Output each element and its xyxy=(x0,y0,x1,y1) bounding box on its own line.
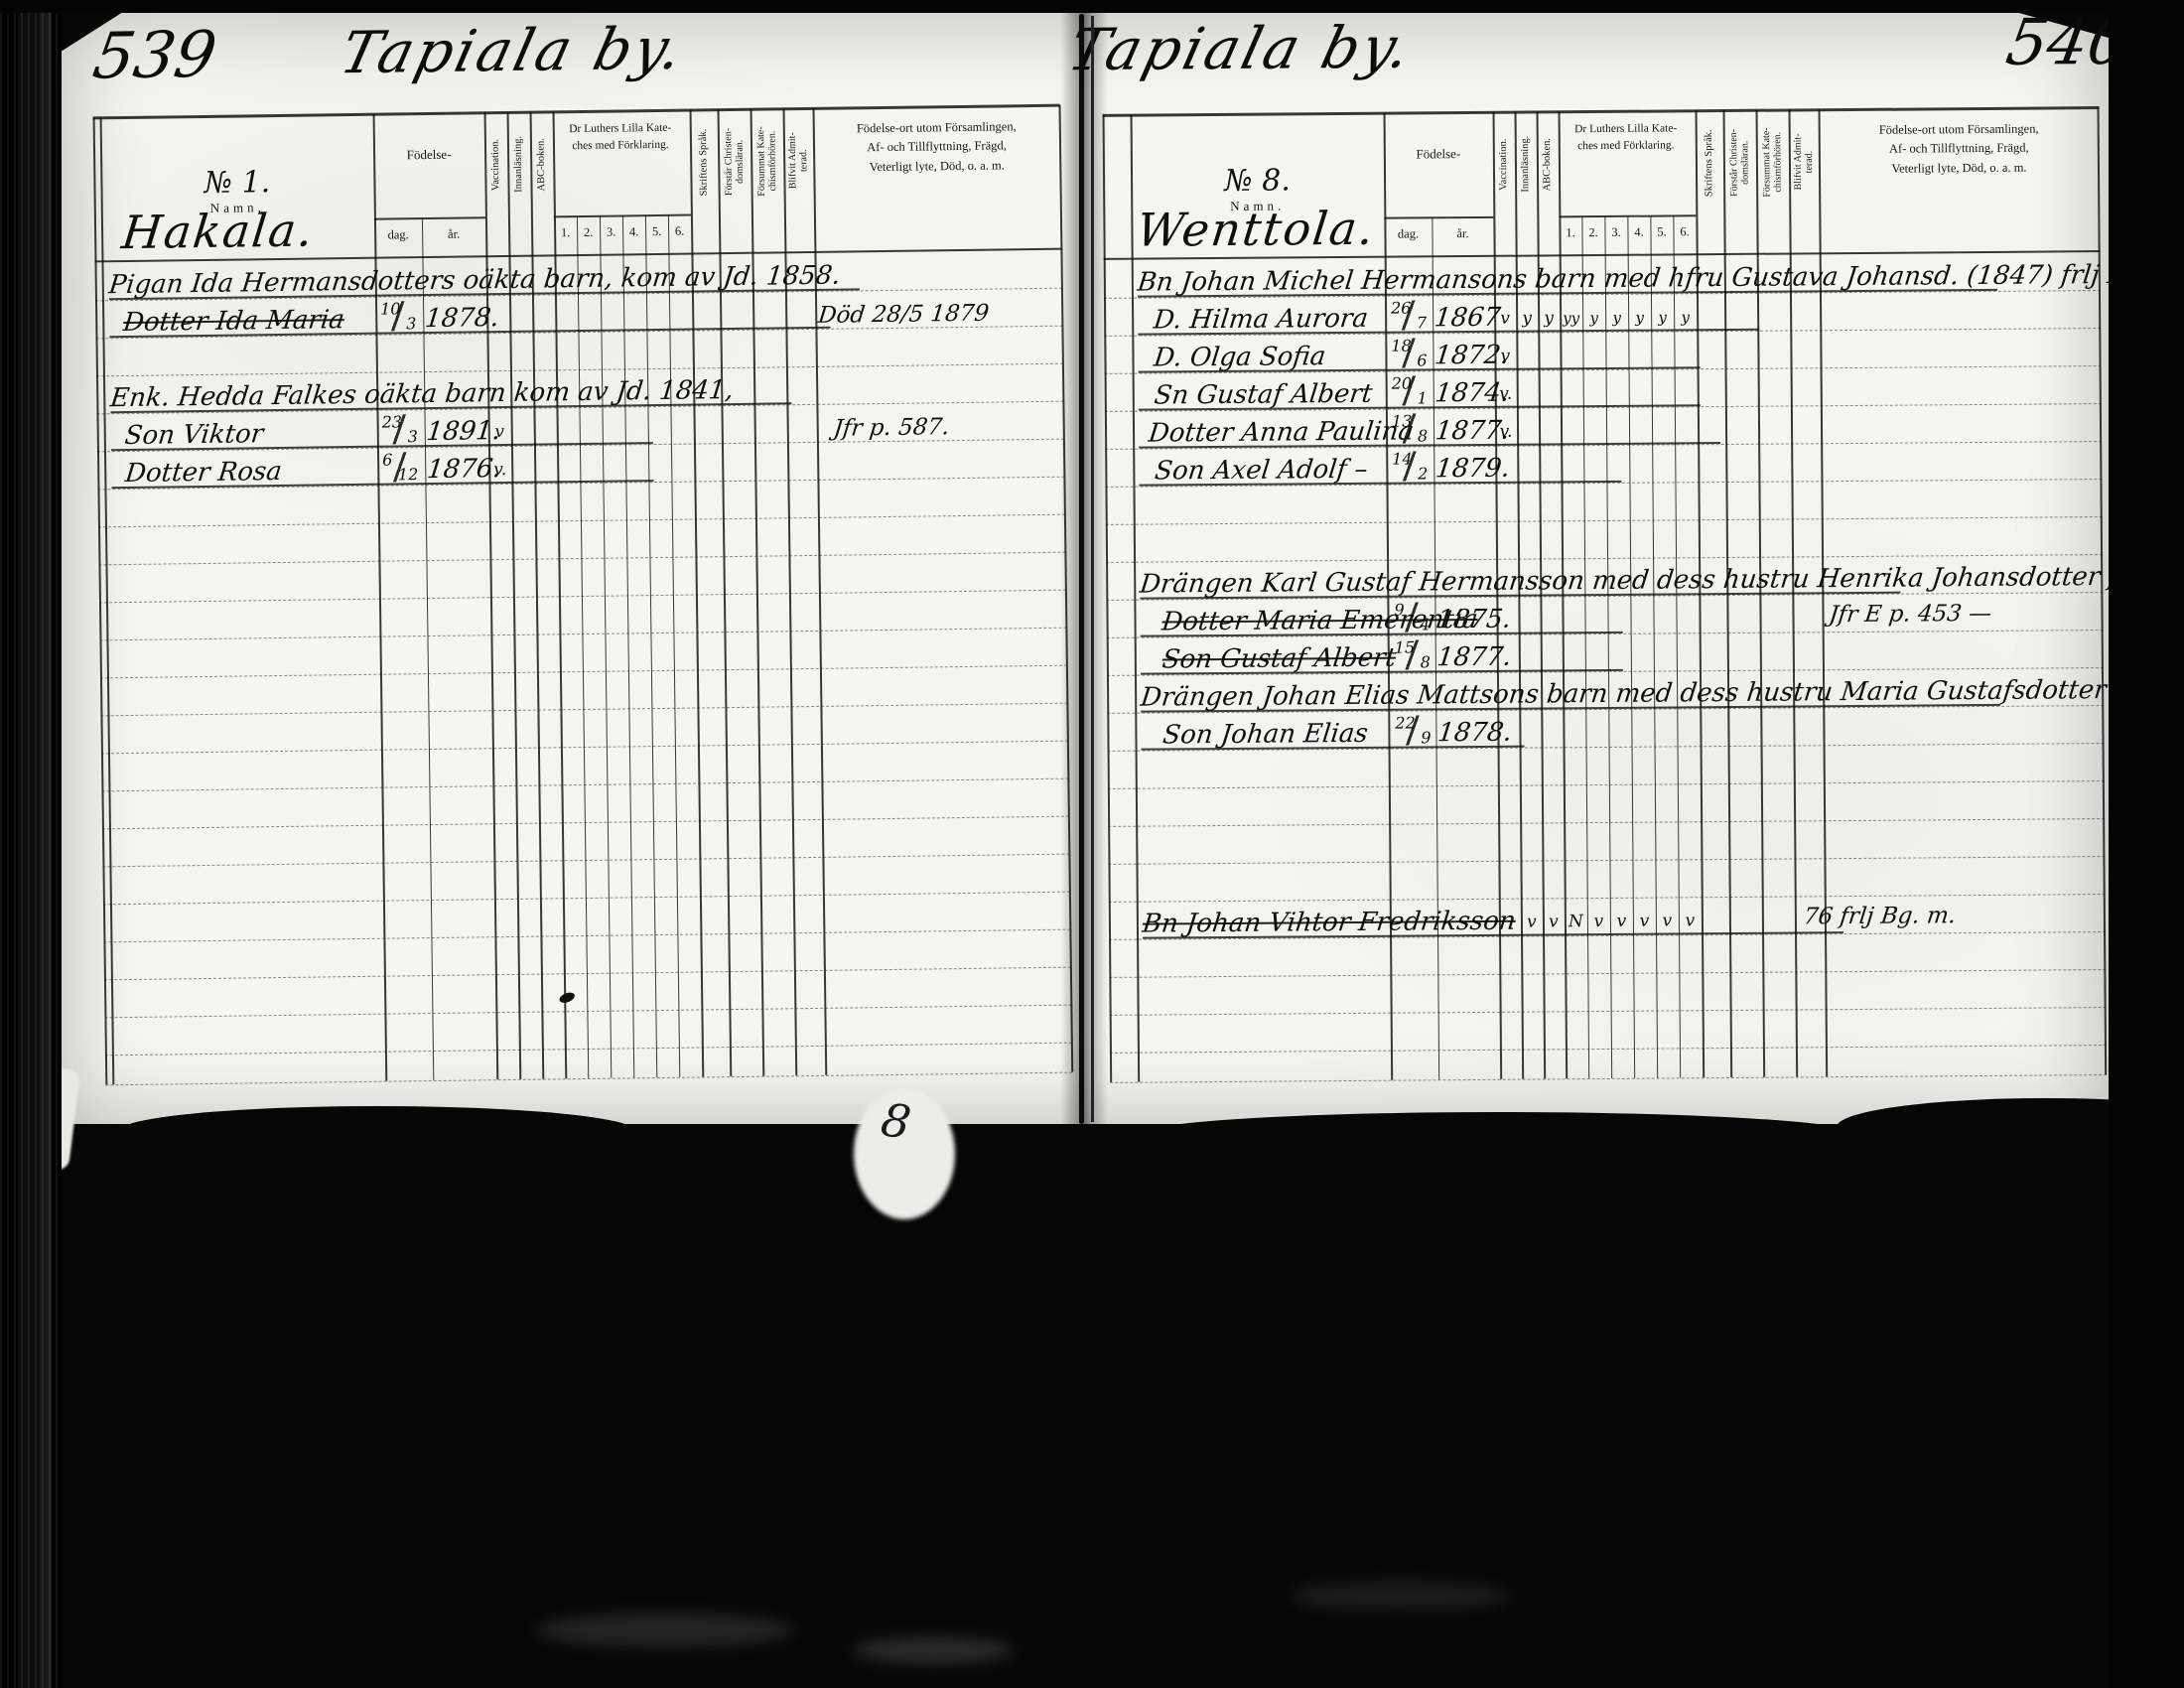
header-abc-text: ABC-boken. xyxy=(536,138,548,192)
left-page: 539 Tapiala by. № 1. Namn. Hakala. Födel… xyxy=(91,0,1077,1148)
row-rule xyxy=(1108,818,2105,827)
header-innanlasning: Innanläsning. xyxy=(1515,114,1538,215)
header-katekes-col-6: 6. xyxy=(1673,224,1696,239)
record-number-right: № 8. xyxy=(1131,163,1384,200)
grid-line xyxy=(600,216,613,1078)
fraction-numerator: 26 xyxy=(1388,300,1411,315)
vaccination-mark: v. xyxy=(1495,422,1517,442)
header-forstar-line1: Förstår Christen- xyxy=(723,128,735,196)
entry-name: Son Axel Adolf – xyxy=(1154,455,1370,487)
entry-birth-year: 1875. xyxy=(1435,605,1513,635)
header-katekes-col-5: 5. xyxy=(1650,224,1673,239)
header-forsummat-line2: chismförhören. xyxy=(1772,132,1783,193)
fraction-denominator: 8 xyxy=(1418,428,1431,443)
book-binding-line xyxy=(1091,16,1094,1122)
header-fodelse: Födelse- xyxy=(1384,146,1493,163)
scan-right-edge xyxy=(2109,0,2184,1688)
grid-line xyxy=(1627,216,1635,1078)
entry-birth-year: 1878. xyxy=(424,303,501,334)
entry-birth-year: 1877. xyxy=(1435,642,1513,673)
village-title-right: Tapiala by. xyxy=(1062,13,1421,83)
header-fodelseort-line1: Födelse-ort utom Församlingen, xyxy=(1819,119,2100,141)
fraction-denominator: 7 xyxy=(1417,315,1430,330)
header-katekes-line1: Dr Luthers Lilla Kate- xyxy=(1557,122,1696,135)
entry-birth-day: 138 xyxy=(1389,413,1431,443)
fraction-numerator: 10 xyxy=(377,301,401,316)
fraction-denominator: 3 xyxy=(406,316,419,331)
grid-line xyxy=(93,104,1060,119)
header-forstar-text: Förstår Christen-domsläran. xyxy=(723,128,746,196)
farm-name-right: Wenttola. xyxy=(1135,205,1378,254)
fraction-denominator: 4 xyxy=(1420,617,1433,632)
vaccination-mark: v xyxy=(488,422,511,442)
entry-birth-day: 233 xyxy=(379,414,421,445)
grid-line xyxy=(1604,216,1612,1078)
exam-mark: v xyxy=(1521,912,1543,931)
vaccination-mark: v. xyxy=(488,460,511,480)
header-innanlasning-text: Innanläsning. xyxy=(512,136,524,193)
row-rule xyxy=(1108,856,2105,865)
fraction-numerator: 14 xyxy=(1389,451,1412,466)
header-katekes-line2: ches med Förklaring. xyxy=(551,139,690,153)
header-skriftens-text: Skriftens Språk. xyxy=(1704,129,1715,197)
header-forstar-line2: domsläran. xyxy=(734,140,746,184)
header-dag: dag. xyxy=(1384,226,1432,241)
row-rule xyxy=(1110,1007,2107,1016)
header-blifvit-line1: Blifvit Admit- xyxy=(1793,134,1804,191)
header-katekes-col-2: 2. xyxy=(577,225,600,240)
header-forsummat-line2: chismförhören. xyxy=(766,131,778,192)
fraction-denominator: 6 xyxy=(1417,352,1430,367)
book-binding-shadow xyxy=(1060,12,1108,1128)
fraction-numerator: 22 xyxy=(1392,715,1415,730)
header-katekes-col-3: 3. xyxy=(600,224,622,239)
header-katekes-col-6: 6. xyxy=(668,224,691,239)
header-katekes-line2: ches med Förklaring. xyxy=(1557,139,1696,152)
header-forstar-text: Förstår Christen-domsläran. xyxy=(1728,129,1751,197)
header-skriftens-sprak: Skriftens Språk. xyxy=(1696,112,1724,213)
exam-mark: v xyxy=(1587,912,1610,931)
header-blifvit: Blifvit Admit-terad. xyxy=(1789,111,1820,212)
record-number-left: № 1. xyxy=(100,164,373,203)
katekes-mark-6: y xyxy=(1674,308,1697,326)
fraction-numerator: 9 xyxy=(1391,603,1404,618)
header-fodelseort-line2: Af- och Tillflyttning, Frägd, xyxy=(1819,138,2100,160)
entry-name: Dotter Anna Paulina xyxy=(1147,416,1415,448)
entry-name: Son Viktor xyxy=(123,419,265,451)
header-vaccination: Vaccination. xyxy=(1493,114,1516,215)
header-forsummat: Försummat Kate-chismförhören. xyxy=(751,110,784,211)
header-katekes-col-4: 4. xyxy=(1627,225,1650,240)
row-rule xyxy=(1109,969,2106,978)
vaccination-mark: v xyxy=(1494,309,1516,329)
village-title-left: Tapiala by. xyxy=(335,15,692,87)
grid-line xyxy=(622,215,635,1077)
fraction-denominator: 3 xyxy=(408,429,421,444)
header-forsummat: Försummat Kate-chismförhören. xyxy=(1756,112,1790,213)
header-forsummat-line1: Försummat Kate- xyxy=(1761,128,1773,198)
header-vaccination-text: Vaccination. xyxy=(1498,139,1510,191)
header-blifvit-line1: Blifvit Admit- xyxy=(787,133,799,190)
exam-mark: v xyxy=(1679,911,1702,930)
header-abc-text: ABC-boken. xyxy=(1542,138,1554,191)
header-ar: år. xyxy=(1432,226,1493,241)
fraction-denominator: 8 xyxy=(1421,654,1433,669)
entry-birth-day: 267 xyxy=(1388,300,1430,330)
header-blifvit: Blifvit Admit-terad. xyxy=(783,110,814,211)
fraction-numerator: 6 xyxy=(379,453,392,468)
grid-line xyxy=(422,218,435,1080)
header-dag: dag. xyxy=(374,227,422,243)
row-rule xyxy=(1106,516,2103,525)
entry-birth-day: 186 xyxy=(1388,338,1430,367)
exam-mark: v xyxy=(1633,912,1656,931)
grid-line xyxy=(645,215,658,1077)
row-rule xyxy=(1106,554,2103,563)
katekes-mark-5: y xyxy=(1651,308,1674,326)
header-katekes-col-1: 1. xyxy=(554,225,577,240)
scan-top-edge xyxy=(0,0,2184,13)
header-forsummat-text: Försummat Kate-chismförhören. xyxy=(1761,127,1784,197)
scan-smudge xyxy=(854,1636,1013,1664)
grid-line xyxy=(1581,216,1589,1078)
fraction-numerator: 23 xyxy=(379,414,403,429)
row-rule xyxy=(1108,780,2105,789)
fraction-numerator: 18 xyxy=(1388,338,1411,352)
row-rule xyxy=(1110,1074,2107,1083)
header-innanlasning-text: Innanläsning. xyxy=(1520,136,1532,193)
entry-name: D. Hilma Aurora xyxy=(1152,304,1369,336)
header-ar: år. xyxy=(422,226,485,242)
grid-line xyxy=(374,216,485,219)
grid-line xyxy=(1103,106,2100,116)
fraction-denominator: 2 xyxy=(1418,466,1431,481)
fraction-numerator: 15 xyxy=(1392,639,1415,654)
header-katekes-col-4: 4. xyxy=(622,224,645,239)
header-innanlasning: Innanläsning. xyxy=(507,114,531,215)
entry-birth-year: 1867 xyxy=(1433,303,1502,334)
entry-birth-day: 142 xyxy=(1389,451,1431,481)
row-rule xyxy=(1110,1045,2107,1054)
exam-mark: v xyxy=(1543,912,1565,931)
header-katekes-line1: Dr Luthers Lilla Kate- xyxy=(551,122,690,136)
book-spine-edge xyxy=(0,0,62,1688)
header-katekes-col-2: 2. xyxy=(1581,225,1604,240)
vaccination-mark: v xyxy=(1494,347,1516,366)
header-forstar: Förstår Christen-domsläran. xyxy=(718,111,751,212)
header-fodelseort: Födelse-ort utom Församlingen, Af- och T… xyxy=(813,117,1061,178)
header-skriftens-text: Skriftens Språk. xyxy=(698,128,711,196)
scan-smudge xyxy=(536,1613,794,1648)
entry-birth-day: 94 xyxy=(1391,602,1433,632)
fraction-numerator: 20 xyxy=(1389,375,1412,390)
grid-line xyxy=(577,216,590,1078)
scanned-parish-register-spread: { "book": { "column_headers": { "fodelse… xyxy=(0,0,2184,1688)
farm-name-left: Hakala. xyxy=(119,206,317,256)
header-forstar-line1: Förstår Christen- xyxy=(1728,129,1740,197)
fraction-numerator: 13 xyxy=(1389,413,1412,428)
grid-line xyxy=(1673,215,1681,1077)
abc-mark: y xyxy=(1538,308,1560,328)
header-fodelseort-line3: Veterligt lyte, Död, o. a. m. xyxy=(1819,158,2100,180)
header-blifvit-text: Blifvit Admit-terad. xyxy=(787,133,810,190)
entry-birth-day: 612 xyxy=(379,452,421,483)
grid-line xyxy=(1384,216,1493,218)
entry-name: D. Olga Sofia xyxy=(1153,342,1327,372)
fraction-denominator: 12 xyxy=(398,467,422,482)
header-forstar: Förstår Christen-domsläran. xyxy=(1723,112,1757,213)
scan-smudge xyxy=(1291,1581,1509,1611)
fraction-denominator: 1 xyxy=(1418,390,1431,405)
margin-annotation-reference: Jfr E p. 453 — xyxy=(1828,599,1993,630)
entry-birth-year: 1878. xyxy=(1436,718,1514,749)
katekes-mark-2: y xyxy=(1582,309,1605,327)
entry-birth-day: 158 xyxy=(1392,639,1433,669)
entry-birth-day: 229 xyxy=(1392,715,1433,745)
header-vaccination: Vaccination. xyxy=(484,114,508,215)
book-binding-line xyxy=(1079,14,1084,1124)
right-page: Tapiala by. 540. № 8. Namn. Wenttola. Fö… xyxy=(1102,0,2110,1146)
katekes-mark-3: y xyxy=(1605,309,1628,327)
page-number-left: 539 xyxy=(88,19,221,94)
innanlasning-mark: y xyxy=(1516,308,1538,328)
ink-blot xyxy=(558,991,576,1005)
header-vaccination-text: Vaccination. xyxy=(490,139,502,191)
exam-mark: v xyxy=(1656,911,1679,930)
header-blifvit-line2: terad. xyxy=(1804,151,1815,174)
entry-birth-day: 201 xyxy=(1389,375,1431,405)
header-forsummat-line1: Försummat Kate- xyxy=(755,126,767,196)
entry-birth-day: 103 xyxy=(377,301,419,332)
header-fodelseort-line3: Veterligt lyte, Död, o. a. m. xyxy=(813,155,1060,178)
katekes-mark-1: yy xyxy=(1560,309,1582,327)
header-skriftens-sprak: Skriftens Språk. xyxy=(690,111,719,212)
header-blifvit-line2: terad. xyxy=(798,150,809,173)
entry-name: Son Johan Elias xyxy=(1161,719,1370,751)
header-fodelse: Födelse- xyxy=(373,146,484,163)
scan-bottom-black-band xyxy=(0,1124,2184,1688)
entry-birth-year: 1879. xyxy=(1434,454,1512,485)
exam-mark: N xyxy=(1565,912,1587,931)
entry-name: Son Gustaf Albert xyxy=(1160,643,1398,675)
header-blifvit-text: Blifvit Admit-terad. xyxy=(1793,134,1816,191)
entry-name: Dotter Rosa xyxy=(124,457,284,489)
vaccination-mark: v. xyxy=(1495,384,1517,404)
header-katekes-col-3: 3. xyxy=(1604,225,1627,240)
header-forsummat-text: Försummat Kate-chismförhören. xyxy=(755,126,778,197)
grid-line xyxy=(1650,216,1658,1078)
margin-annotation-reference: Jfr p. 587. xyxy=(832,412,951,444)
header-fodelseort: Födelse-ort utom Församlingen, Af- och T… xyxy=(1819,119,2100,179)
header-katekes-col-5: 5. xyxy=(645,224,668,239)
grid-line xyxy=(668,215,681,1077)
exam-mark: v xyxy=(1610,912,1633,931)
entry-name: Sn Gustaf Albert xyxy=(1153,379,1374,411)
fraction-denominator: 9 xyxy=(1421,730,1433,745)
katekes-mark-4: y xyxy=(1628,309,1651,327)
header-forstar-line2: domsläran. xyxy=(1739,141,1750,185)
header-katekes-col-1: 1. xyxy=(1559,225,1581,240)
